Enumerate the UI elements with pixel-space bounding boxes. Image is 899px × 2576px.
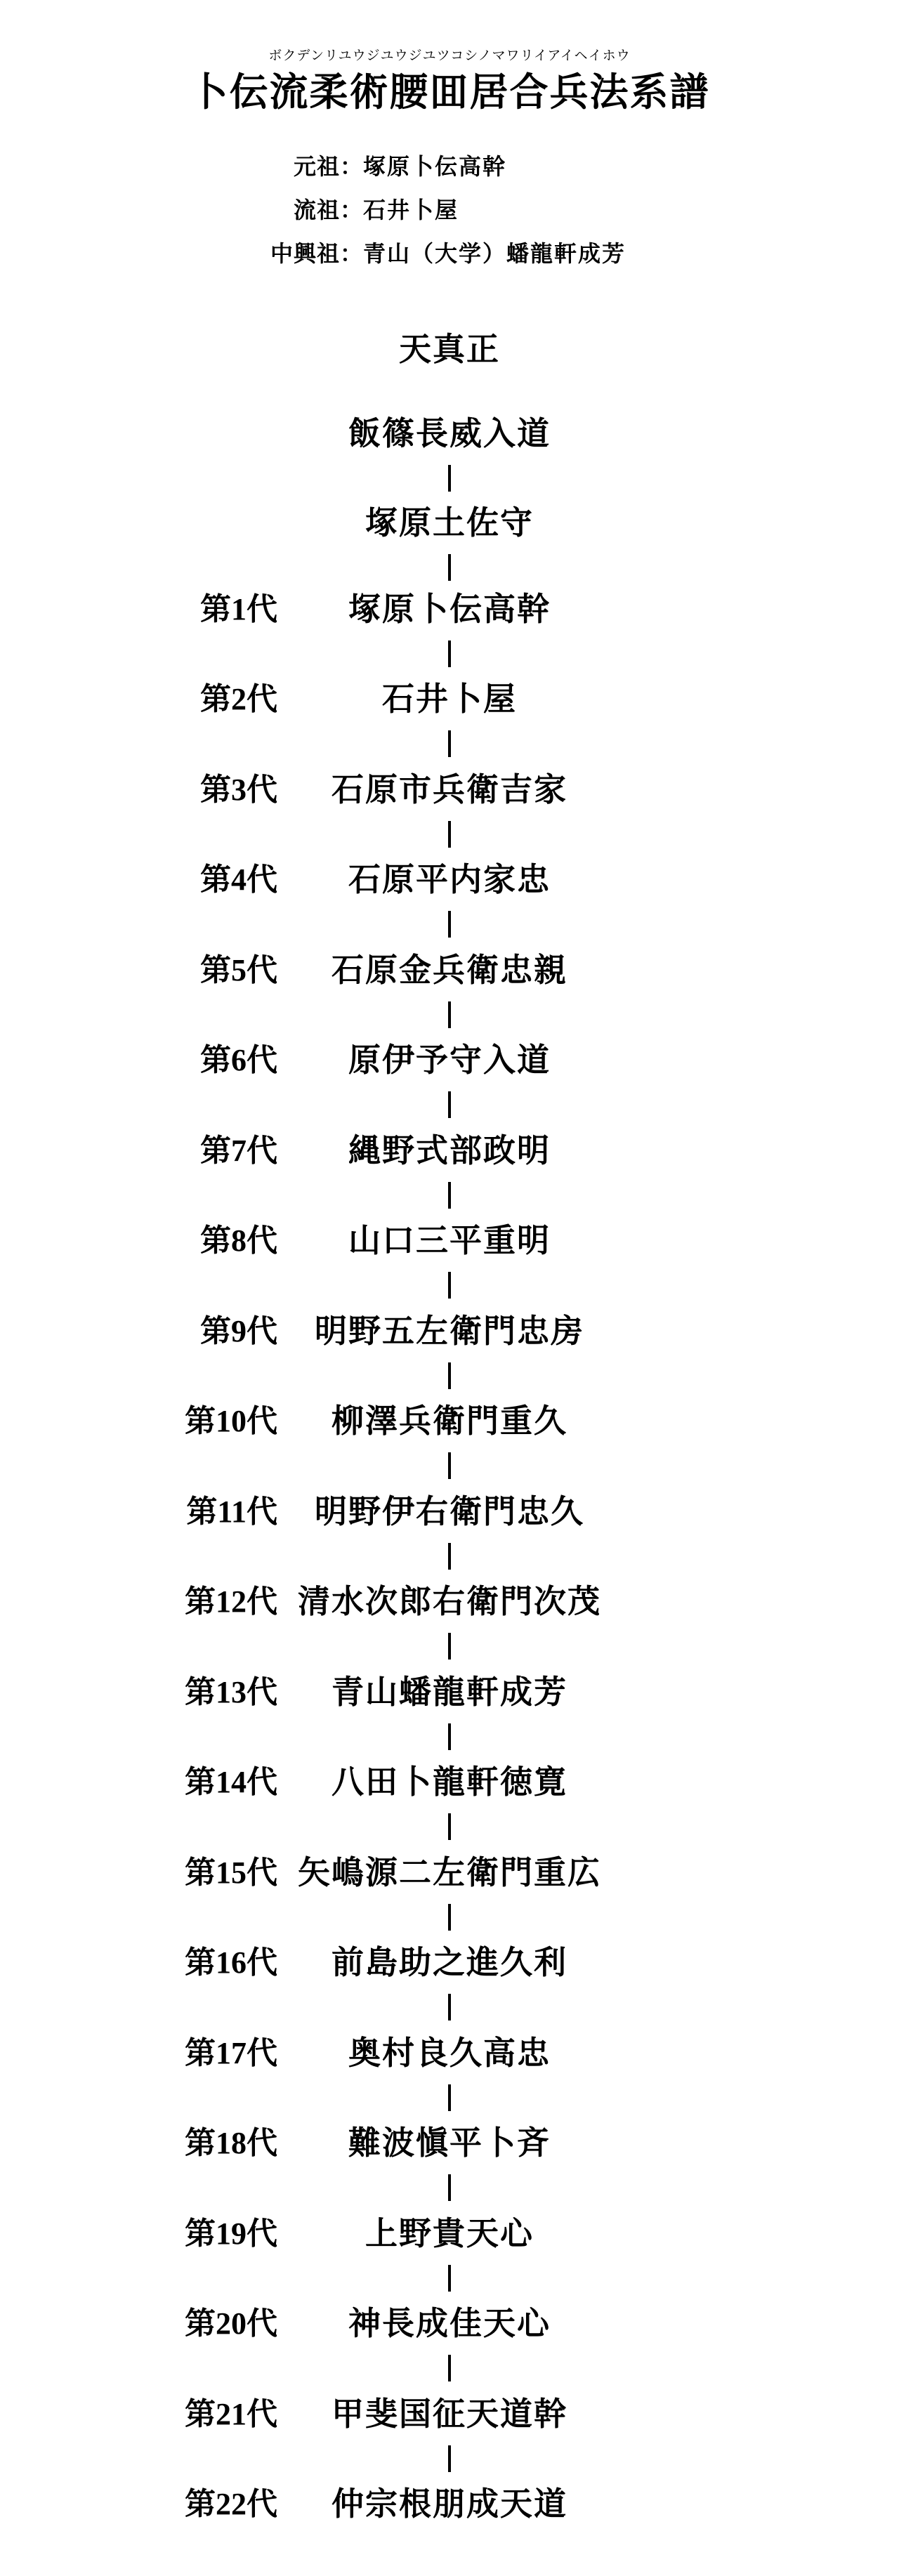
successor-name: 石井卜屋	[0, 680, 899, 719]
successor-name: 仲宗根朋成天道	[0, 2485, 899, 2524]
connector-line	[448, 2355, 451, 2381]
lineage-item: 第14代 八田卜龍軒徳寛	[0, 1763, 899, 1853]
connector-line	[448, 2174, 451, 2201]
successor-name: 石原平内家忠	[0, 860, 899, 900]
lineage-item: 塚原土佐守	[0, 504, 899, 590]
founder-role: 流祖：	[0, 188, 363, 232]
lineage-item: 第21代 甲斐国征天道幹	[0, 2395, 899, 2485]
connector-line	[448, 2265, 451, 2292]
founder-row-ryuso: 流祖： 石井卜屋	[0, 188, 899, 232]
lineage-item: 第8代 山口三平重明	[0, 1221, 899, 1312]
successor-name: 縄野式部政明	[0, 1131, 899, 1171]
lineage-item: 第4代 石原平内家忠	[0, 860, 899, 951]
connector-line	[448, 640, 451, 667]
successor-name: 甲斐国征天道幹	[0, 2395, 899, 2434]
connector-line	[448, 1813, 451, 1840]
lineage-item: 第2代 石井卜屋	[0, 680, 899, 770]
successor-name: 石原市兵衛吉家	[0, 770, 899, 810]
lineage-item: 第3代 石原市兵衛吉家	[0, 770, 899, 861]
lineage-item: 第20代 神長成佳天心	[0, 2304, 899, 2395]
successor-name: 飯篠長威入道	[0, 414, 899, 454]
founder-role: 元祖：	[0, 145, 363, 188]
founder-name: 塚原卜伝高幹	[363, 145, 506, 188]
page-title: 卜伝流柔術腰囬居合兵法系譜	[0, 70, 899, 115]
lineage-item: 第1代 塚原卜伝高幹	[0, 590, 899, 681]
founder-name: 青山（大学）蟠龍軒成芳	[363, 232, 626, 275]
successor-name: 石原金兵衛忠親	[0, 951, 899, 990]
connector-line	[448, 465, 451, 492]
successor-name: 原伊予守入道	[0, 1041, 899, 1080]
successor-name: 明野伊右衛門忠久	[0, 1492, 899, 1532]
connector-line	[448, 1362, 451, 1389]
lineage-chain: 飯篠長威入道 塚原土佐守 第1代 塚原卜伝高幹 第2代 石井卜屋 第3代 石原市…	[0, 414, 899, 2575]
successor-name: 塚原土佐守	[0, 504, 899, 543]
lineage-item: 第13代 青山蟠龍軒成芳	[0, 1673, 899, 1763]
successor-name: 山口三平重明	[0, 1221, 899, 1261]
lineage-item: 第18代 難波愼平卜斉	[0, 2124, 899, 2214]
connector-line	[448, 1994, 451, 2020]
lineage-item: 第12代 清水次郎右衛門次茂	[0, 1582, 899, 1673]
lineage-item: 第16代 前島助之進久利	[0, 1943, 899, 2034]
connector-line	[448, 1272, 451, 1299]
lineage-item: 第22代 仲宗根朋成天道	[0, 2485, 899, 2575]
connector-line	[448, 1633, 451, 1660]
successor-name: 奥村良久高忠	[0, 2034, 899, 2073]
connector-line	[448, 2084, 451, 2111]
lineage-item: 第7代 縄野式部政明	[0, 1131, 899, 1222]
connector-line	[448, 1723, 451, 1750]
connector-line	[448, 1001, 451, 1028]
successor-name: 矢嶋源二左衛門重広	[0, 1853, 899, 1893]
lineage-origin: 天真正	[0, 330, 899, 369]
connector-line	[448, 554, 451, 581]
lineage-item: 第6代 原伊予守入道	[0, 1041, 899, 1131]
successor-name: 前島助之進久利	[0, 1943, 899, 1983]
lineage-item: 飯篠長威入道	[0, 414, 899, 504]
lineage-item: 第11代 明野伊右衛門忠久	[0, 1492, 899, 1583]
lineage-item: 第5代 石原金兵衛忠親	[0, 951, 899, 1041]
successor-name: 柳澤兵衛門重久	[0, 1402, 899, 1441]
title-furigana: ボクデンリユウジユウジユツコシノマワリイアイヘイホウ	[0, 48, 899, 65]
successor-name: 青山蟠龍軒成芳	[0, 1673, 899, 1712]
connector-line	[448, 1452, 451, 1479]
successor-name: 難波愼平卜斉	[0, 2124, 899, 2163]
founder-role: 中興祖：	[0, 232, 363, 275]
lineage-item: 第15代 矢嶋源二左衛門重広	[0, 1853, 899, 1944]
connector-line	[448, 730, 451, 757]
successor-name: 神長成佳天心	[0, 2304, 899, 2344]
connector-line	[448, 911, 451, 938]
successor-name: 明野五左衛門忠房	[0, 1312, 899, 1351]
lineage-item: 第10代 柳澤兵衛門重久	[0, 1402, 899, 1492]
connector-line	[448, 1904, 451, 1931]
founder-row-ganso: 元祖： 塚原卜伝高幹	[0, 145, 899, 188]
successor-name: 八田卜龍軒徳寛	[0, 1763, 899, 1802]
founder-row-chukoso: 中興祖： 青山（大学）蟠龍軒成芳	[0, 232, 899, 275]
successor-name: 清水次郎右衛門次茂	[0, 1582, 899, 1622]
connector-line	[448, 1091, 451, 1118]
connector-line	[448, 2445, 451, 2472]
successor-name: 上野貴天心	[0, 2214, 899, 2254]
connector-line	[448, 1543, 451, 1570]
successor-name: 塚原卜伝高幹	[0, 590, 899, 629]
founder-name: 石井卜屋	[363, 188, 459, 232]
lineage-item: 第9代 明野五左衛門忠房	[0, 1312, 899, 1402]
founders-list: 元祖： 塚原卜伝高幹 流祖： 石井卜屋 中興祖： 青山（大学）蟠龍軒成芳	[0, 145, 899, 275]
lineage-item: 第17代 奥村良久高忠	[0, 2034, 899, 2124]
lineage-item: 第19代 上野貴天心	[0, 2214, 899, 2305]
connector-line	[448, 1182, 451, 1209]
connector-line	[448, 821, 451, 848]
